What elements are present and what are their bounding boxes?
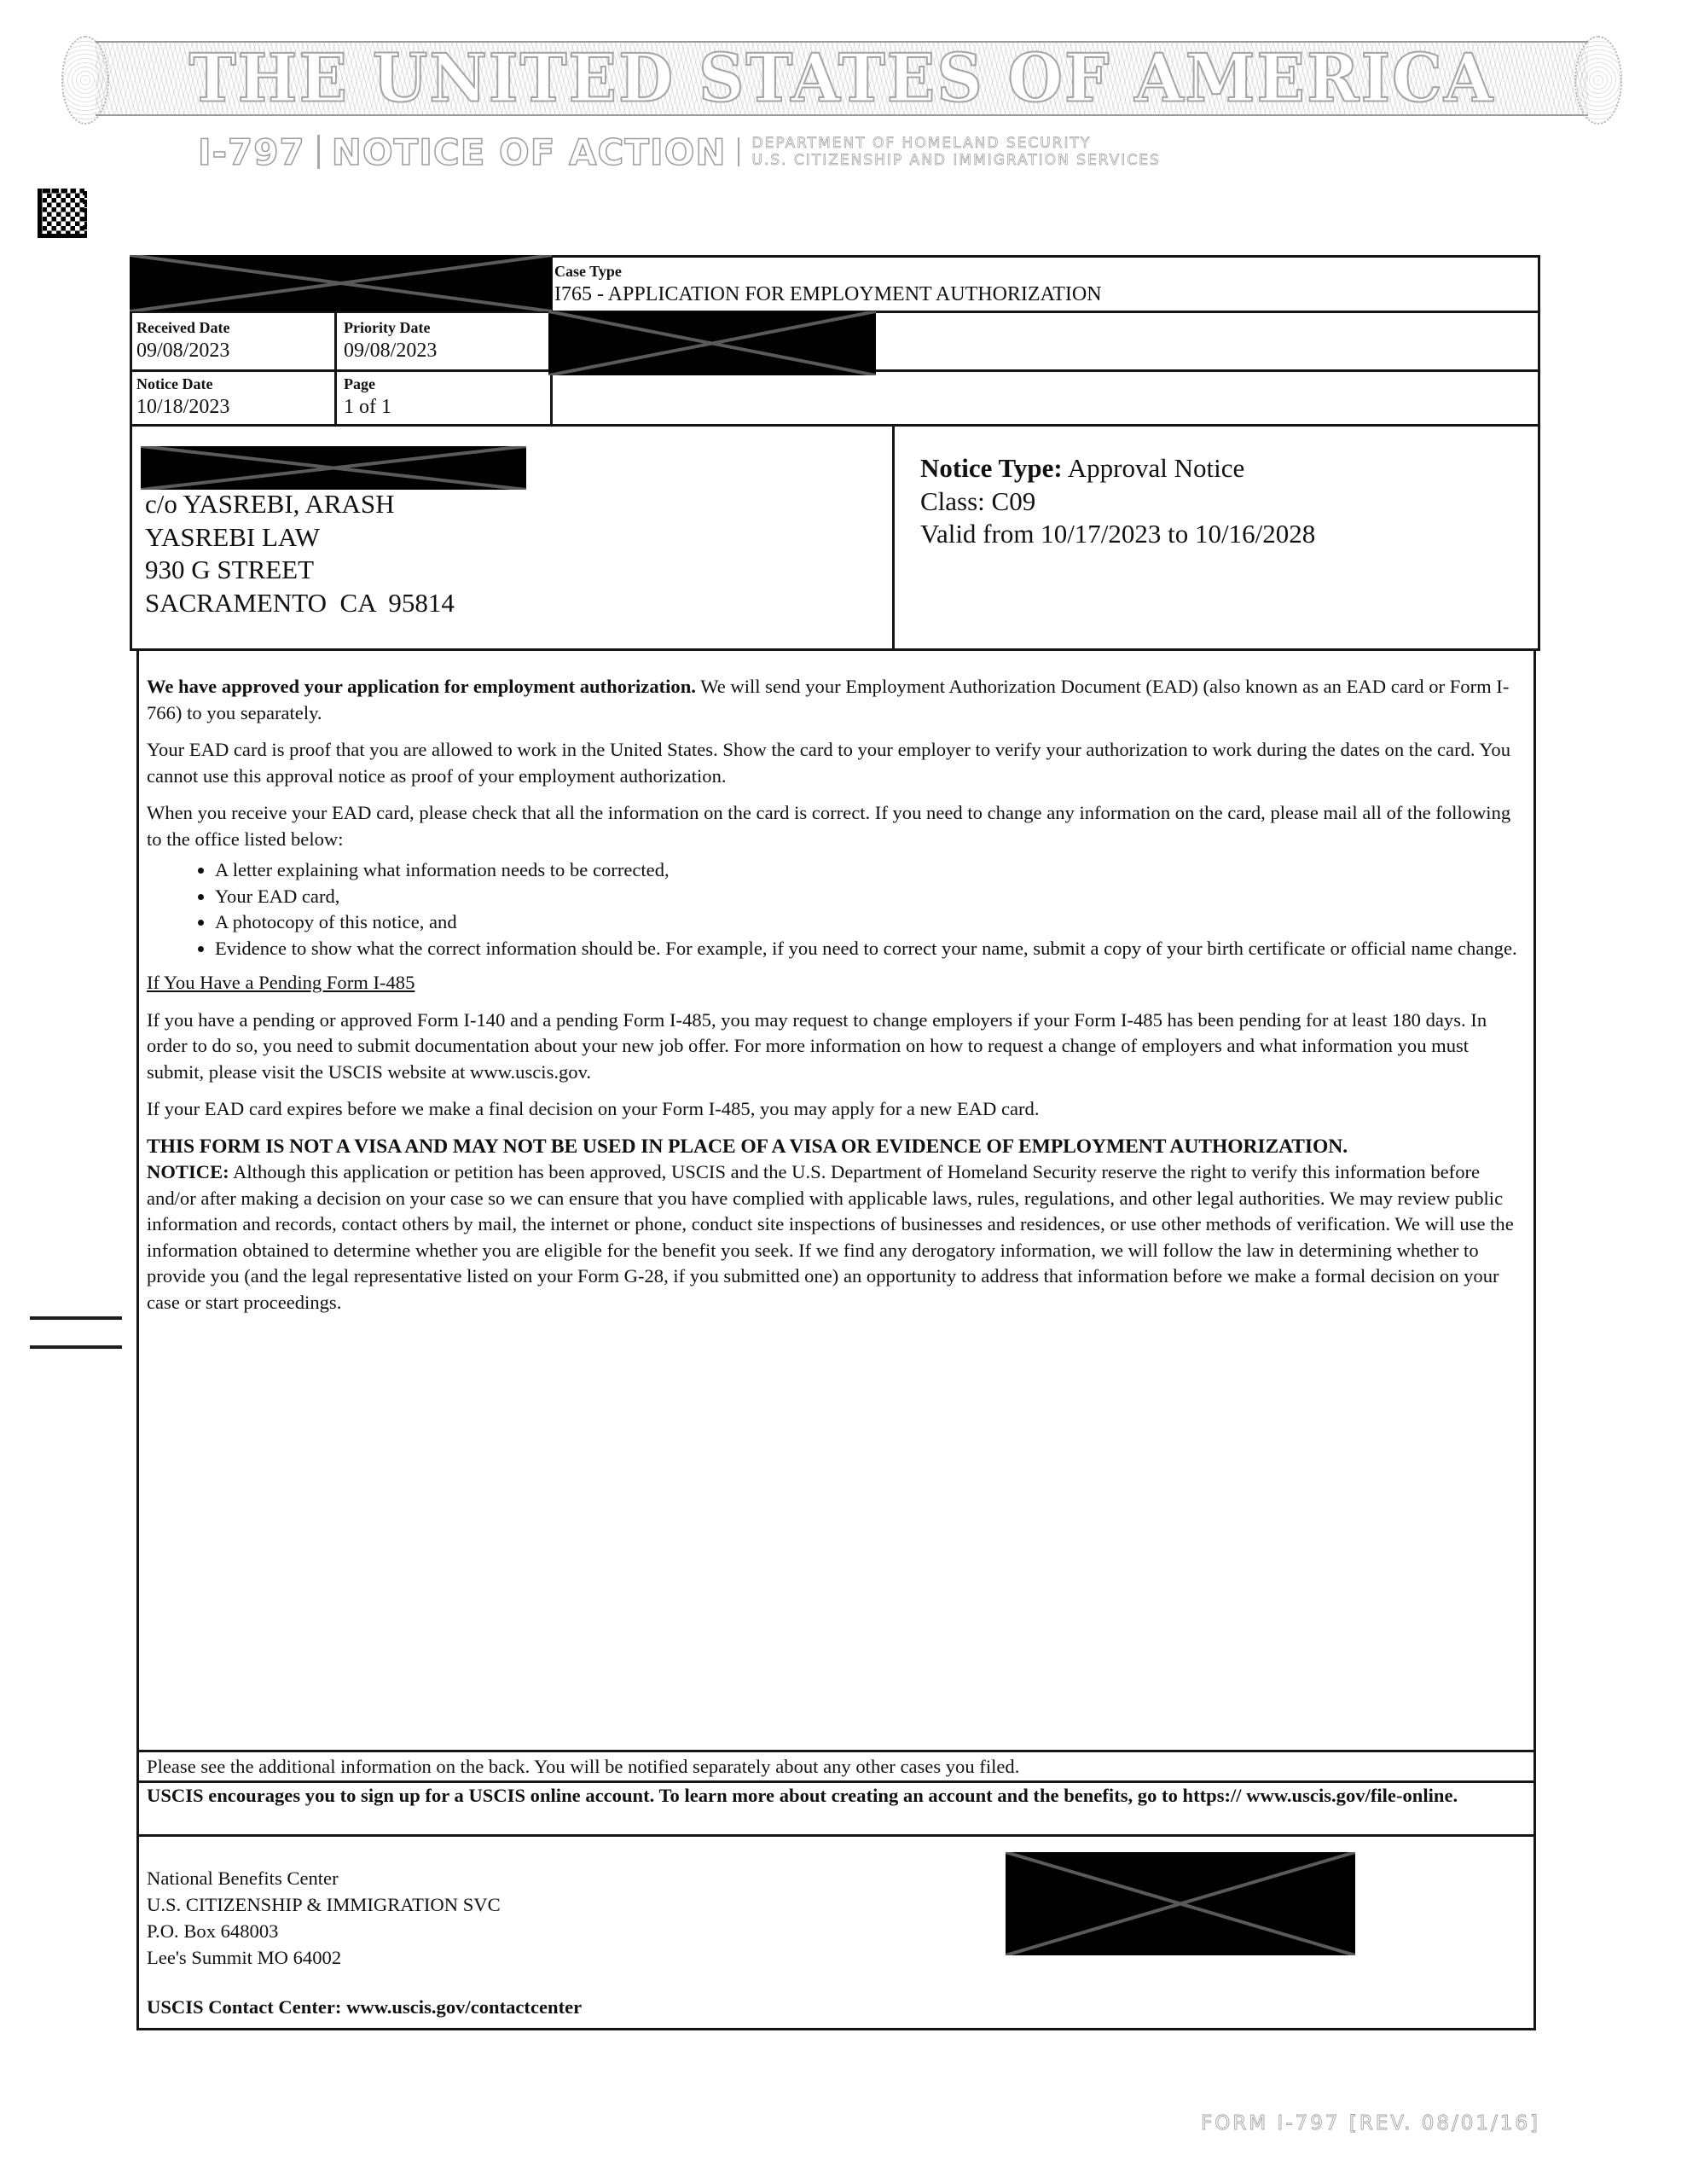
list-item: Your EAD card,: [215, 884, 1523, 910]
redacted-block: [130, 255, 552, 311]
list-item: A photocopy of this notice, and: [215, 909, 1523, 936]
notice-date-value: 10/18/2023: [136, 395, 229, 419]
notice-type-line: Notice Type: Approval Notice: [920, 452, 1315, 485]
approval-paragraph: We have approved your application for em…: [147, 674, 1523, 726]
case-type-value: I765 - APPLICATION FOR EMPLOYMENT AUTHOR…: [554, 282, 1102, 306]
case-type-label: Case Type: [554, 263, 622, 280]
notice-info-block: Notice Type: Approval Notice Class: C09 …: [920, 452, 1315, 551]
notice-label: NOTICE:: [147, 1161, 229, 1182]
approval-lead: We have approved your application for em…: [147, 676, 696, 697]
redacted-block: [548, 311, 876, 375]
table-border: [130, 255, 132, 651]
margin-fold-mark: [30, 1316, 122, 1320]
body-border: [1533, 648, 1536, 2030]
page-label: Page: [344, 375, 375, 392]
address-line: SACRAMENTO CA 95814: [145, 587, 455, 620]
form-title: NOTICE OF ACTION: [332, 131, 727, 173]
form-subheader: I-797 NOTICE OF ACTION DEPARTMENT OF HOM…: [198, 128, 1161, 176]
address-line: c/o YASREBI, ARASH: [145, 488, 455, 521]
i485-paragraph: If you have a pending or approved Form I…: [147, 1008, 1523, 1086]
correction-paragraph: When you receive your EAD card, please c…: [147, 800, 1523, 852]
divider: [738, 137, 739, 166]
address-line: YASREBI LAW: [145, 521, 455, 555]
agency-block: DEPARTMENT OF HOMELAND SECURITY U.S. CIT…: [751, 135, 1160, 169]
office-line: P.O. Box 648003: [147, 1918, 501, 1944]
contact-center-text: USCIS Contact Center: www.uscis.gov/cont…: [147, 1995, 582, 2020]
online-account-text: USCIS encourages you to sign up for a US…: [147, 1783, 1477, 1809]
section-divider: [892, 424, 895, 651]
footer-divider: [136, 2028, 1536, 2030]
table-border: [1538, 255, 1540, 651]
validity-line: Valid from 10/17/2023 to 10/16/2028: [920, 518, 1315, 551]
received-date-value: 09/08/2023: [136, 339, 229, 363]
received-date-label: Received Date: [136, 319, 229, 336]
section-heading: If You Have a Pending Form I-485: [147, 970, 1523, 996]
redacted-name-block: [141, 446, 526, 490]
notice-date-label: Notice Date: [136, 375, 212, 392]
body-border: [136, 648, 139, 2030]
section-divider: [130, 648, 1540, 651]
priority-date-value: 09/08/2023: [344, 339, 437, 363]
ead-proof-paragraph: Your EAD card is proof that you are allo…: [147, 737, 1523, 789]
divider: [317, 135, 320, 169]
agency-line-2: U.S. CITIZENSHIP AND IMMIGRATION SERVICE…: [751, 152, 1160, 169]
office-address: National Benefits Center U.S. CITIZENSHI…: [147, 1865, 501, 1971]
table-border: [334, 311, 337, 427]
redacted-block: [1006, 1852, 1355, 1955]
list-item: Evidence to show what the correct inform…: [215, 936, 1523, 962]
correction-list: A letter explaining what information nee…: [147, 857, 1523, 961]
form-revision: FORM I-797 [REV. 08/01/16]: [1201, 2112, 1540, 2135]
notice-type-label: Notice Type:: [920, 453, 1063, 483]
visa-disclaimer: THIS FORM IS NOT A VISA AND MAY NOT BE U…: [147, 1134, 1523, 1160]
office-line: National Benefits Center: [147, 1865, 501, 1891]
ead-expiry-paragraph: If your EAD card expires before we make …: [147, 1096, 1523, 1123]
notice-type-value: Approval Notice: [1068, 453, 1244, 483]
notice-body: We have approved your application for em…: [147, 674, 1523, 1327]
priority-date-label: Priority Date: [344, 319, 430, 336]
datamatrix-barcode-icon: [38, 189, 87, 238]
table-border: [130, 424, 1540, 427]
form-number: I-797: [198, 131, 305, 173]
footer-divider: [136, 1750, 1536, 1752]
office-line: Lee's Summit MO 64002: [147, 1944, 501, 1971]
class-line: Class: C09: [920, 485, 1315, 519]
agency-line-1: DEPARTMENT OF HOMELAND SECURITY: [751, 135, 1160, 152]
list-item: A letter explaining what information nee…: [215, 857, 1523, 884]
page-value: 1 of 1: [344, 395, 391, 419]
address-line: 930 G STREET: [145, 554, 455, 587]
header-banner: THE UNITED STATES OF AMERICA: [61, 36, 1622, 121]
office-line: U.S. CITIZENSHIP & IMMIGRATION SVC: [147, 1891, 501, 1918]
notice-text: Although this application or petition ha…: [147, 1161, 1514, 1313]
footer-divider: [136, 1834, 1536, 1837]
notice-paragraph: NOTICE: Although this application or pet…: [147, 1159, 1523, 1316]
banner-title: THE UNITED STATES OF AMERICA: [61, 41, 1622, 116]
back-info-text: Please see the additional information on…: [147, 1754, 1019, 1780]
addressee-block: c/o YASREBI, ARASH YASREBI LAW 930 G STR…: [145, 488, 455, 619]
margin-fold-mark: [30, 1345, 122, 1349]
